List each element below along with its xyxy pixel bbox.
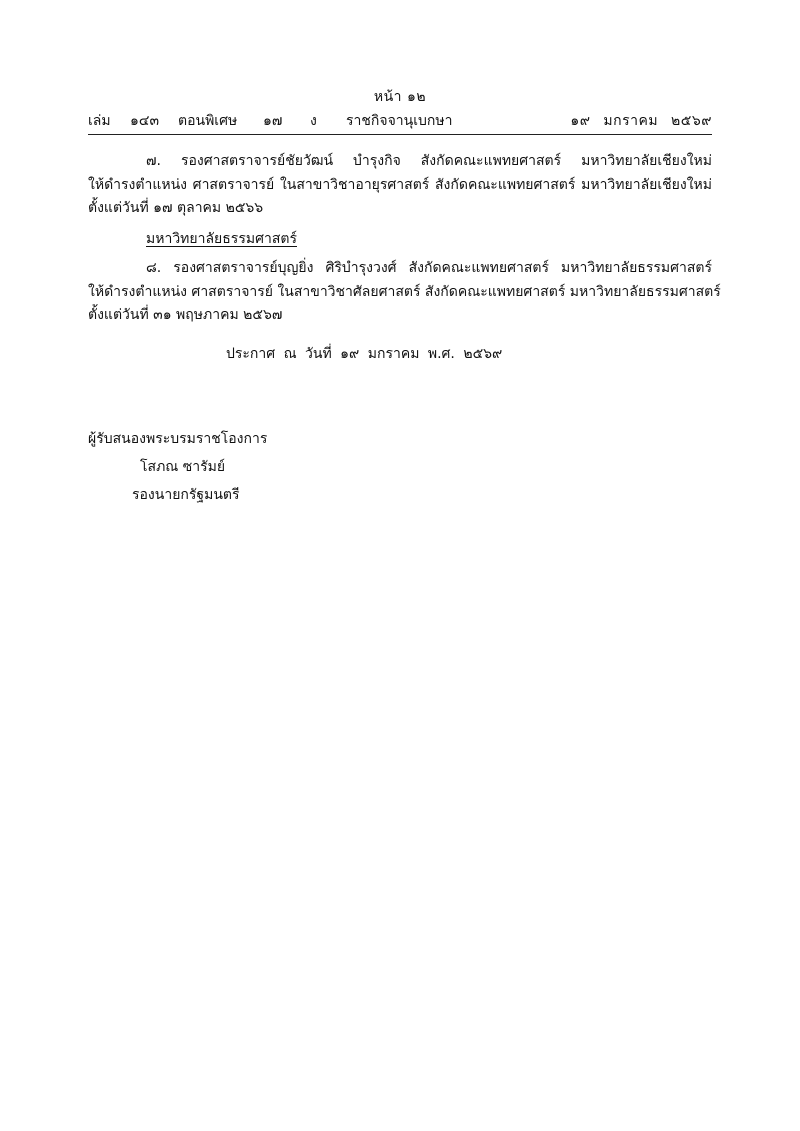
institution-heading: มหาวิทยาลัยธรรมศาสตร์ bbox=[146, 228, 297, 250]
publication-name: ราชกิจจานุเบกษา bbox=[346, 110, 452, 132]
volume-number: ๑๔๓ bbox=[130, 110, 159, 132]
header-rule bbox=[88, 134, 712, 135]
item-7-paragraph: ๗. รองศาสตราจารย์ชัยวัฒน์ บำรุงกิจ สังกั… bbox=[88, 150, 712, 221]
item-8-line-3: ตั้งแต่วันที่ ๓๑ พฤษภาคม ๒๕๖๗ bbox=[88, 304, 712, 328]
section-label: ตอนพิเศษ bbox=[178, 110, 237, 132]
item-7-line-2: ให้ดำรงตำแหน่ง ศาสตราจารย์ ในสาขาวิชาอาย… bbox=[88, 174, 712, 198]
item-8-line-2: ให้ดำรงตำแหน่ง ศาสตราจารย์ ในสาขาวิชาศัล… bbox=[88, 281, 712, 305]
item-8-line-1: ๘. รองศาสตราจารย์บุญยิ่ง ศิริบำรุงวงศ์ ส… bbox=[88, 257, 712, 281]
announcement-date: ประกาศ ณ วันที่ ๑๙ มกราคม พ.ศ. ๒๕๖๙ bbox=[226, 343, 502, 365]
signer-title: รองนายกรัฐมนตรี bbox=[88, 481, 267, 509]
header-date: ๑๙ มกราคม ๒๕๖๙ bbox=[570, 110, 712, 132]
section-suffix: ง bbox=[310, 110, 317, 132]
item-7-line-1: ๗. รองศาสตราจารย์ชัยวัฒน์ บำรุงกิจ สังกั… bbox=[88, 150, 712, 174]
gazette-header: เล่ม ๑๔๓ ตอนพิเศษ ๑๗ ง ราชกิจจานุเบกษา ๑… bbox=[88, 110, 712, 132]
volume-label: เล่ม bbox=[88, 110, 111, 132]
item-8-paragraph: ๘. รองศาสตราจารย์บุญยิ่ง ศิริบำรุงวงศ์ ส… bbox=[88, 257, 712, 328]
signature-block: ผู้รับสนองพระบรมราชโองการ โสภณ ซารัมย์ ร… bbox=[88, 425, 267, 509]
item-7-line-3: ตั้งแต่วันที่ ๑๗ ตุลาคม ๒๕๖๖ bbox=[88, 197, 712, 221]
signer-name: โสภณ ซารัมย์ bbox=[88, 453, 267, 481]
section-number: ๑๗ bbox=[263, 110, 282, 132]
countersign-label: ผู้รับสนองพระบรมราชโองการ bbox=[88, 425, 267, 453]
page-number: หน้า ๑๒ bbox=[0, 86, 800, 108]
